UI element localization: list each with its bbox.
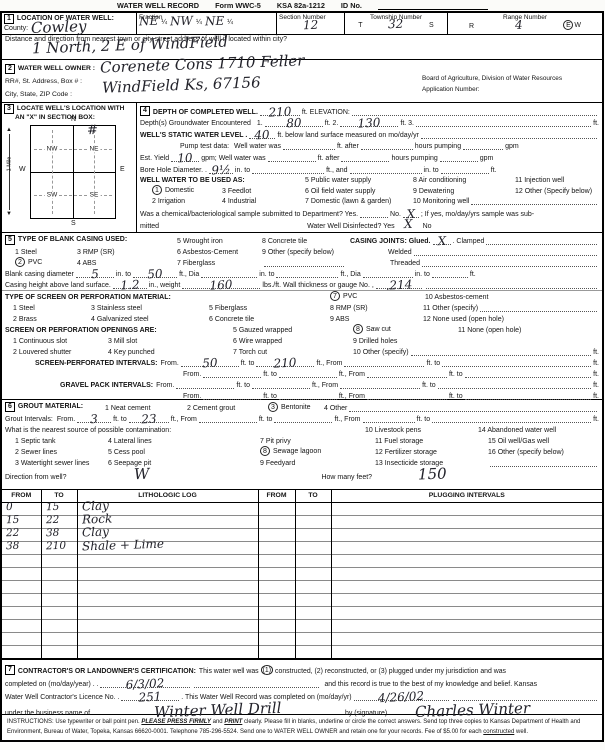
log-material: Clay — [81, 502, 108, 512]
contam-option-4: 4 Lateral lines — [108, 438, 260, 445]
ft-label: ft. — [593, 382, 599, 389]
ft-label: ft. — [491, 167, 497, 174]
chem-yes-blank — [360, 210, 388, 218]
use-row-2: 1 Domestic 3 Feedlot 6 Oil field water s… — [137, 184, 602, 195]
casing-row-3: 2 PVC 4 ABS 7 Fiberglass Threaded — [2, 256, 602, 267]
opening-option-5: 5 Gauzed wrapped — [233, 327, 353, 334]
grout-blank — [363, 415, 415, 423]
interval-blank — [465, 370, 592, 378]
static-level-label: WELL'S STATIC WATER LEVEL . — [140, 132, 247, 139]
elevation-label: ft. ELEVATION: — [302, 109, 350, 116]
form-title: WATER WELL RECORD — [117, 1, 199, 10]
ft-label: ft. — [593, 371, 599, 378]
gravel-pack-row-1: GRAVEL PACK INTERVALS: From. ft. to ft.,… — [2, 378, 602, 389]
diagram-horizontal-line — [31, 172, 115, 173]
disinfected-no-label: No — [423, 223, 432, 230]
direction-value: W — [134, 470, 150, 480]
instructions-text: and — [211, 719, 224, 725]
one-mile-scale: ▲ 1 Mile ▼ — [6, 127, 15, 217]
col-to-2: TO — [295, 490, 331, 502]
casing-option-2-circled: 2 — [15, 257, 25, 267]
section-7-badge: 7 — [5, 665, 15, 675]
cert-text-3: and this record is true to the best of m… — [324, 681, 537, 688]
instructions-text: well. — [514, 729, 528, 735]
township-cell: Township Number T 32 S — [345, 13, 448, 34]
interval-blank — [279, 392, 337, 400]
grout-other-blank — [349, 404, 597, 412]
screen-option-4: 4 Galvanized steel — [91, 316, 209, 323]
screen-other-blank — [480, 304, 597, 312]
contamination-label: What is the nearest source of possible c… — [5, 427, 365, 434]
log-from: 22 — [6, 529, 20, 538]
screen-material-row-3: 2 Brass 4 Galvanized steel 6 Concrete ti… — [2, 312, 602, 323]
one-mile-label: 1 Mile — [6, 157, 12, 172]
gauge-blank — [426, 281, 597, 289]
id-number-blank — [378, 2, 488, 10]
section-4-badge: 4 — [140, 106, 150, 116]
contam-option-5: 5 Cess pool — [108, 449, 260, 456]
disinfected-yes-x-mark: X — [404, 220, 413, 229]
ft-label: ft. — [593, 393, 599, 400]
interval-blank — [252, 381, 310, 389]
ft-dia: ft., Dia — [340, 271, 360, 278]
instructions-block: INSTRUCTIONS: Use typewriter or ball poi… — [2, 715, 602, 740]
application-number-label: Application Number: — [422, 84, 604, 95]
range-east-circled: E — [563, 20, 573, 30]
use-option-8: 8 Air conditioning — [413, 177, 515, 184]
opening-option-2: 2 Louvered shutter — [13, 349, 108, 356]
static-date-blank — [421, 131, 597, 139]
est-yield-label: Est. Yield — [140, 155, 169, 162]
grout-intervals-line: Grout Intervals: From. 3 ft. to 23 ft., … — [2, 412, 602, 423]
hours-pumping: hours pumping — [391, 155, 437, 162]
welded-blank — [414, 248, 597, 256]
township-s: S — [429, 22, 434, 29]
interval-blank — [367, 370, 447, 378]
casing-option-2: PVC — [28, 259, 42, 266]
cert-blank — [194, 680, 319, 688]
use-option-2: 2 Irrigation — [152, 198, 222, 205]
use-option-10: 10 Monitoring well — [413, 198, 469, 205]
licence-label: Water Well Contractor's Licence No. . — [5, 694, 119, 701]
screen-interval-to: 210 — [274, 358, 297, 368]
gw2-value: 130 — [358, 119, 381, 129]
grout-blank — [274, 415, 332, 423]
clamped-label: . Clamped — [453, 238, 485, 245]
weight-label: in., weight — [149, 282, 181, 289]
ft-from: ft., From — [334, 416, 360, 423]
bore-hole-label: Bore Hole Diameter. . — [140, 167, 207, 174]
contam-option-1: 1 Septic tank — [15, 438, 108, 445]
section-6-grout: 6GROUT MATERIAL: 1 Neat cement 2 Cement … — [2, 400, 602, 490]
grout-option-4: 4 Other — [324, 405, 347, 412]
opening-option-10: 10 Other (specify) — [353, 349, 409, 356]
section-1-location: 1LOCATION OF WATER WELL: County: Cowley … — [2, 13, 602, 35]
address-label: RR#, St. Address, Box # : — [5, 75, 95, 88]
completed-date-value: 6/3/02 — [126, 679, 165, 690]
signature-label: by (signature) — [345, 710, 387, 717]
opening-option-3: 3 Mill slot — [108, 338, 233, 345]
grout-blank — [432, 415, 591, 423]
table-row-empty — [2, 593, 602, 606]
static-level-suffix: ft. below land surface measured on mo/da… — [277, 132, 419, 139]
form-body: 1LOCATION OF WATER WELL: County: Cowley … — [0, 11, 604, 742]
grout-from-value: 3 — [90, 415, 98, 424]
depth-line: 4 DEPTH OF COMPLETED WELL. 210 ft. ELEVA… — [137, 104, 602, 116]
quadrant-se: SE — [88, 192, 101, 199]
interval-blank — [176, 381, 234, 389]
contam-option-15: 15 Oil well/Gas well — [488, 438, 549, 445]
township-t: T — [358, 22, 362, 29]
direction-label: Direction from well? — [5, 474, 66, 481]
contam-option-9: 9 Feedyard — [260, 460, 375, 467]
cert-text-1: This water well was — [199, 668, 259, 675]
gauge-label: lbs./ft. Wall thickness or gauge No. , — [262, 282, 373, 289]
screen-option-7: PVC — [343, 293, 357, 300]
mitted-label: mitted — [140, 223, 159, 230]
business-name-label: under the business name of — [5, 710, 90, 717]
chem-no-label: No. — [390, 211, 401, 218]
fraction-1: NE — [139, 17, 159, 27]
contam-option-2: 2 Sewer lines — [15, 449, 108, 456]
in-to: in. to — [116, 271, 131, 278]
grout-option-1: 1 Neat cement — [105, 405, 187, 412]
screen-option-2: 2 Brass — [13, 316, 91, 323]
pump-blank — [361, 142, 413, 150]
casing-option-1: 1 Steel — [15, 249, 77, 256]
casing-option-6: 6 Asbestos-Cement — [177, 249, 262, 256]
ft-from: ft., From — [316, 360, 342, 367]
contam-option-14: 14 Abandoned water well — [478, 427, 556, 434]
dia-blank — [432, 270, 468, 278]
col-plugging-intervals: PLUGGING INTERVALS — [331, 490, 602, 502]
log-to: 22 — [45, 516, 59, 525]
casing-option-9: 9 Other (specify below) — [262, 249, 350, 256]
threaded-blank — [422, 259, 597, 267]
water-well-record-form: { "header": { "title": "WATER WELL RECOR… — [0, 0, 605, 750]
gpm-label: gpm — [505, 143, 519, 150]
ft-from: ft., From — [339, 371, 365, 378]
log-to: 38 — [45, 529, 59, 538]
ft-from: ft., From — [339, 393, 365, 400]
interval-blank — [340, 381, 420, 389]
openings-row-3: 2 Louvered shutter 4 Key punched 7 Torch… — [2, 345, 602, 356]
in-to: in. to — [259, 271, 274, 278]
screen-option-8: 8 RMP (SR) — [330, 305, 423, 312]
range-value: 4 — [515, 21, 523, 30]
county-cell: 1LOCATION OF WATER WELL: County: Cowley — [2, 13, 137, 34]
pump-test-label: Pump test data: — [180, 143, 229, 150]
disinfected-label: Water Well Disinfected? Yes — [307, 223, 395, 230]
agency-name: Board of Agriculture, Division of Water … — [422, 73, 604, 84]
compass-n: N — [71, 116, 76, 123]
ft-to: ft. to — [422, 382, 436, 389]
ft-label: ft. — [593, 349, 599, 356]
county-label: County: — [4, 25, 28, 32]
opening-option-8-circled: 8 — [353, 324, 363, 334]
hours-pumping: hours pumping — [415, 143, 461, 150]
log-material: Shale + Lime — [81, 540, 163, 552]
pump-blank — [283, 142, 335, 150]
quarter-glyph: ¼ — [161, 19, 167, 26]
opening-other-blank — [411, 348, 592, 356]
arrow-up-icon: ▲ — [6, 127, 12, 133]
table-row-empty — [2, 632, 602, 645]
weight-value: 160 — [210, 280, 233, 290]
cert-line-2: completed on (mo/day/year) . . 6/3/02 an… — [5, 675, 599, 688]
ft-to: ft. to — [113, 416, 127, 423]
interval-blank — [465, 392, 592, 400]
ksa-statute: KSA 82a-1212 — [277, 1, 325, 10]
section-3-4-row: 3LOCATE WELL'S LOCATION WITH AN "X" IN S… — [2, 103, 602, 233]
grout-intervals-label: Grout Intervals: — [5, 416, 53, 423]
grout-blank — [199, 415, 257, 423]
contam-option-12: 12 Fertilizer storage — [375, 449, 488, 456]
gw1-label: 1. — [257, 120, 263, 127]
casing-height-label: Casing height above land surface. — [5, 282, 111, 289]
welded-label: Welded — [388, 249, 412, 256]
contamination-row-2: 1 Septic tank 4 Lateral lines 7 Pit priv… — [2, 434, 602, 445]
grout-option-2: 2 Cement grout — [187, 405, 268, 412]
section-6-badge: 6 — [5, 402, 15, 412]
screen-option-11: 11 Other (specify) — [423, 305, 478, 312]
record-date-value: 4/26/02 — [378, 692, 425, 703]
table-row-empty — [2, 580, 602, 593]
grout-option-3: Bentonite — [281, 404, 311, 411]
screen-option-6: 6 Concrete tile — [209, 316, 330, 323]
casing-diameter-value: 5 — [91, 270, 99, 279]
chem-sample-question: Was a chemical/bacteriological sample su… — [140, 211, 358, 218]
section-2-badge: 2 — [5, 64, 15, 74]
section-box-diagram: NW NE SW SE # — [30, 125, 116, 219]
fraction-3: NE — [205, 17, 225, 27]
interval-blank — [438, 381, 591, 389]
completed-on-label: completed on (mo/day/year) . . — [5, 681, 98, 688]
yield-blank — [341, 154, 389, 162]
interval-blank — [279, 370, 337, 378]
diagram-dashed-line — [52, 130, 53, 215]
casing-joints-label: CASING JOINTS: Glued. — [350, 238, 431, 245]
groundwater-line: Depth(s) Groundwater Encountered 1. 80 f… — [137, 116, 602, 128]
casing-height-value: 1.2 — [120, 281, 140, 291]
fraction-cell: Fraction NE¼ NW¼ NE¼ — [137, 13, 277, 34]
cert-title: CONTRACTOR'S OR LANDOWNER'S CERTIFICATIO… — [18, 668, 196, 675]
col-from-2: FROM — [258, 490, 295, 502]
well-location-x-mark: # — [87, 126, 98, 135]
ft-to: ft. to — [449, 393, 463, 400]
opening-option-11: 11 None (open hole) — [458, 327, 521, 334]
casing-row-2: 1 Steel 3 RMP (SR) 6 Asbestos-Cement 9 O… — [2, 245, 602, 256]
county-value: Cowley — [31, 22, 87, 33]
screen-option-12: 12 None used (open hole) — [423, 316, 504, 323]
casing-title: TYPE OF BLANK CASING USED: — [18, 236, 127, 243]
contam-other-blank — [490, 459, 597, 467]
from-label: From. — [183, 371, 201, 378]
contam-option-10: 10 Livestock pens — [365, 427, 478, 434]
casing-option-8: 8 Concrete tile — [262, 238, 350, 245]
ft-label: ft. — [593, 360, 599, 367]
contam-option-16: 16 Other (specify below) — [488, 449, 564, 456]
use-option-1-circled: 1 — [152, 185, 162, 195]
range-cell: Range Number R 4 EW — [448, 13, 602, 34]
gpm-label: gpm — [480, 155, 494, 162]
use-option-11: 11 Injection well — [515, 177, 564, 184]
section-3-badge: 3 — [4, 104, 14, 114]
glued-x-mark: X — [437, 237, 446, 246]
casing-option-3: 3 RMP (SR) — [77, 249, 177, 256]
disinfected-line: mitted Water Well Disinfected? Yes X No — [137, 218, 602, 230]
use-option-7: 7 Domestic (lawn & garden) — [305, 198, 413, 205]
cert-line-1: 7 CONTRACTOR'S OR LANDOWNER'S CERTIFICAT… — [5, 662, 599, 675]
gw3-blank — [416, 119, 591, 127]
licence-value: 251 — [139, 692, 162, 702]
screen-material-title-row: TYPE OF SCREEN OR PERFORATION MATERIAL: … — [2, 290, 602, 301]
use-title: WELL WATER TO BE USED AS: — [140, 177, 305, 184]
in-to: in. to — [415, 271, 430, 278]
section-number-value: 12 — [303, 21, 319, 31]
ft-after: ft. after — [337, 143, 359, 150]
gravel-pack-row-2: From. ft. to ft., From ft. to ft. — [2, 389, 602, 400]
gw2-label: ft. 2. — [325, 120, 339, 127]
elevation-blank — [352, 108, 597, 116]
bore-blank — [350, 166, 422, 174]
screen-material-row-2: 1 Steel 3 Stainless steel 5 Fiberglass 8… — [2, 301, 602, 312]
cert-line-4: under the business name of Winter Well D… — [5, 701, 599, 717]
openings-row-2: 1 Continuous slot 3 Mill slot 6 Wire wra… — [2, 334, 602, 345]
screen-option-9: 9 ABS — [330, 316, 423, 323]
gw1-value: 80 — [286, 119, 302, 129]
arrow-down-icon: ▼ — [6, 211, 12, 217]
chem-sample-line: Was a chemical/bacteriological sample su… — [137, 205, 602, 218]
from-label: From. — [183, 393, 201, 400]
groundwater-label: Depth(s) Groundwater Encountered — [140, 120, 251, 127]
compass-s: S — [71, 220, 76, 227]
locate-title-2: AN "X" IN SECTION BOX: — [4, 114, 95, 121]
table-row-empty — [2, 606, 602, 619]
cert-text-2: constructed, (2) reconstructed, or (3) p… — [275, 668, 506, 675]
screen-option-3: 3 Stainless steel — [91, 305, 209, 312]
ft-to: ft. to — [449, 371, 463, 378]
section-3-locate: 3LOCATE WELL'S LOCATION WITH AN "X" IN S… — [2, 103, 137, 232]
interval-blank — [442, 359, 591, 367]
interval-blank — [367, 392, 447, 400]
from-label: From. — [156, 382, 174, 389]
openings-title: SCREEN OR PERFORATION OPENINGS ARE: — [5, 327, 233, 334]
casing-option-5: 5 Wrought iron — [177, 238, 262, 245]
ft-to: ft. to — [426, 360, 440, 367]
owner-labels: 2WATER WELL OWNER : RR#, St. Address, Bo… — [5, 62, 95, 101]
form-header: WATER WELL RECORD Form WWC-5 KSA 82a-121… — [0, 0, 605, 11]
ft-to: ft. to — [263, 393, 277, 400]
contamination-row-4: 3 Watertight sewer lines 6 Seepage pit 9… — [2, 456, 602, 467]
bore-blank — [252, 166, 324, 174]
table-row-empty — [2, 554, 602, 567]
instructions-text: INSTRUCTIONS: Use typewriter or ball poi… — [7, 719, 141, 725]
chem-sample-tail: ; If yes, mo/day/yrs sample was sub- — [421, 211, 534, 218]
ft-label: ft. — [593, 416, 599, 423]
ft-to: ft. to — [241, 360, 255, 367]
ft-to: ft. to — [259, 416, 273, 423]
direction-feet-line: Direction from well? W How many feet? 15… — [2, 467, 602, 481]
print-underlined: PRINT — [224, 719, 242, 725]
table-row-empty — [2, 645, 602, 658]
casing-option-4: 4 ABS — [77, 260, 177, 267]
contam-option-3: 3 Watertight sewer lines — [15, 460, 108, 467]
screen-intervals-row-1: SCREEN-PERFORATED INTERVALS: From. 50 ft… — [2, 356, 602, 367]
well-water-was: Well water was — [234, 143, 281, 150]
ft-and: ft., and — [326, 167, 347, 174]
grout-title-row: 6GROUT MATERIAL: 1 Neat cement 2 Cement … — [2, 401, 602, 412]
grout-to-value: 23 — [141, 415, 157, 425]
ft-to: ft. to — [236, 382, 250, 389]
feet-value: 150 — [418, 470, 447, 480]
section-5-casing: 5TYPE OF BLANK CASING USED: 5 Wrought ir… — [2, 233, 602, 400]
screen-intervals-label: SCREEN-PERFORATED INTERVALS: — [35, 360, 158, 367]
log-material: Rock — [81, 514, 112, 524]
pump-blank — [463, 142, 503, 150]
bore-hole-line: Bore Hole Diameter. . 9½ in. to ft., and… — [137, 162, 602, 174]
compass-e: E — [120, 166, 125, 173]
in-to: in. to — [424, 167, 439, 174]
casing-diameter-label: Blank casing diameter — [5, 271, 74, 278]
gauge-value: .214 — [385, 280, 412, 290]
contam-option-8-circled: 8 — [260, 446, 270, 456]
section-7-certification: 7 CONTRACTOR'S OR LANDOWNER'S CERTIFICAT… — [2, 658, 602, 715]
lithologic-log-table: FROM TO LITHOLOGIC LOG FROM TO PLUGGING … — [2, 490, 602, 658]
monitoring-blank — [471, 197, 597, 205]
use-option-9: 9 Dewatering — [413, 188, 515, 195]
ft-label: ft. — [470, 271, 476, 278]
log-to: 15 — [45, 503, 59, 512]
ft-to: ft. to — [263, 371, 277, 378]
est-yield-value: 10 — [177, 154, 193, 164]
diagram-dashed-line — [94, 130, 95, 215]
log-from: 0 — [6, 503, 13, 512]
opening-option-9: 9 Drilled holes — [353, 338, 397, 345]
other-casing-blank — [264, 259, 344, 267]
casing-diameter-line: Blank casing diameter 5 in. to 50 ft., D… — [2, 267, 602, 278]
contamination-row-3: 2 Sewer lines 5 Cess pool 8 Sewage lagoo… — [2, 445, 602, 456]
owner-value: Corenete Cons 1710 Feller — [100, 56, 305, 72]
contam-option-11: 11 Fuel storage — [375, 438, 488, 445]
bore-hole-value: 9½ — [211, 165, 231, 175]
ft-to: ft. to — [417, 416, 431, 423]
bore-blank — [441, 166, 489, 174]
scale-line — [9, 134, 10, 210]
dia-blank — [276, 270, 338, 278]
compass-w: W — [19, 166, 26, 173]
pump-test-line: Pump test data: Well water was ft. after… — [137, 139, 602, 151]
table-row-empty — [2, 567, 602, 580]
casing-diameter-depth: 50 — [147, 270, 163, 280]
city-label: City, State, ZIP Code : — [5, 88, 95, 101]
yield-blank — [440, 154, 478, 162]
range-w: W — [574, 22, 581, 29]
section-1-badge: 1 — [4, 14, 14, 24]
use-option-12: 12 Other (Specify below) — [515, 188, 592, 195]
est-yield-line: Est. Yield 10 gpm; Well water was ft. af… — [137, 150, 602, 162]
ft-from: ft., From — [312, 382, 338, 389]
table-row: 38 210 Shale + Lime — [2, 541, 602, 554]
screen-option-1: 1 Steel — [13, 305, 91, 312]
constructed-1-circled: (1) — [261, 665, 273, 675]
use-row-3: 2 Irrigation 4 Industrial 7 Domestic (la… — [137, 195, 602, 206]
use-row-1: WELL WATER TO BE USED AS: 5 Public water… — [137, 174, 602, 185]
gw3-label: ft. 3. — [400, 120, 414, 127]
constructed-underlined: constructed — [483, 729, 514, 735]
opening-option-8: Saw cut — [366, 326, 391, 333]
contam-option-8: Sewage lagoon — [273, 448, 321, 455]
